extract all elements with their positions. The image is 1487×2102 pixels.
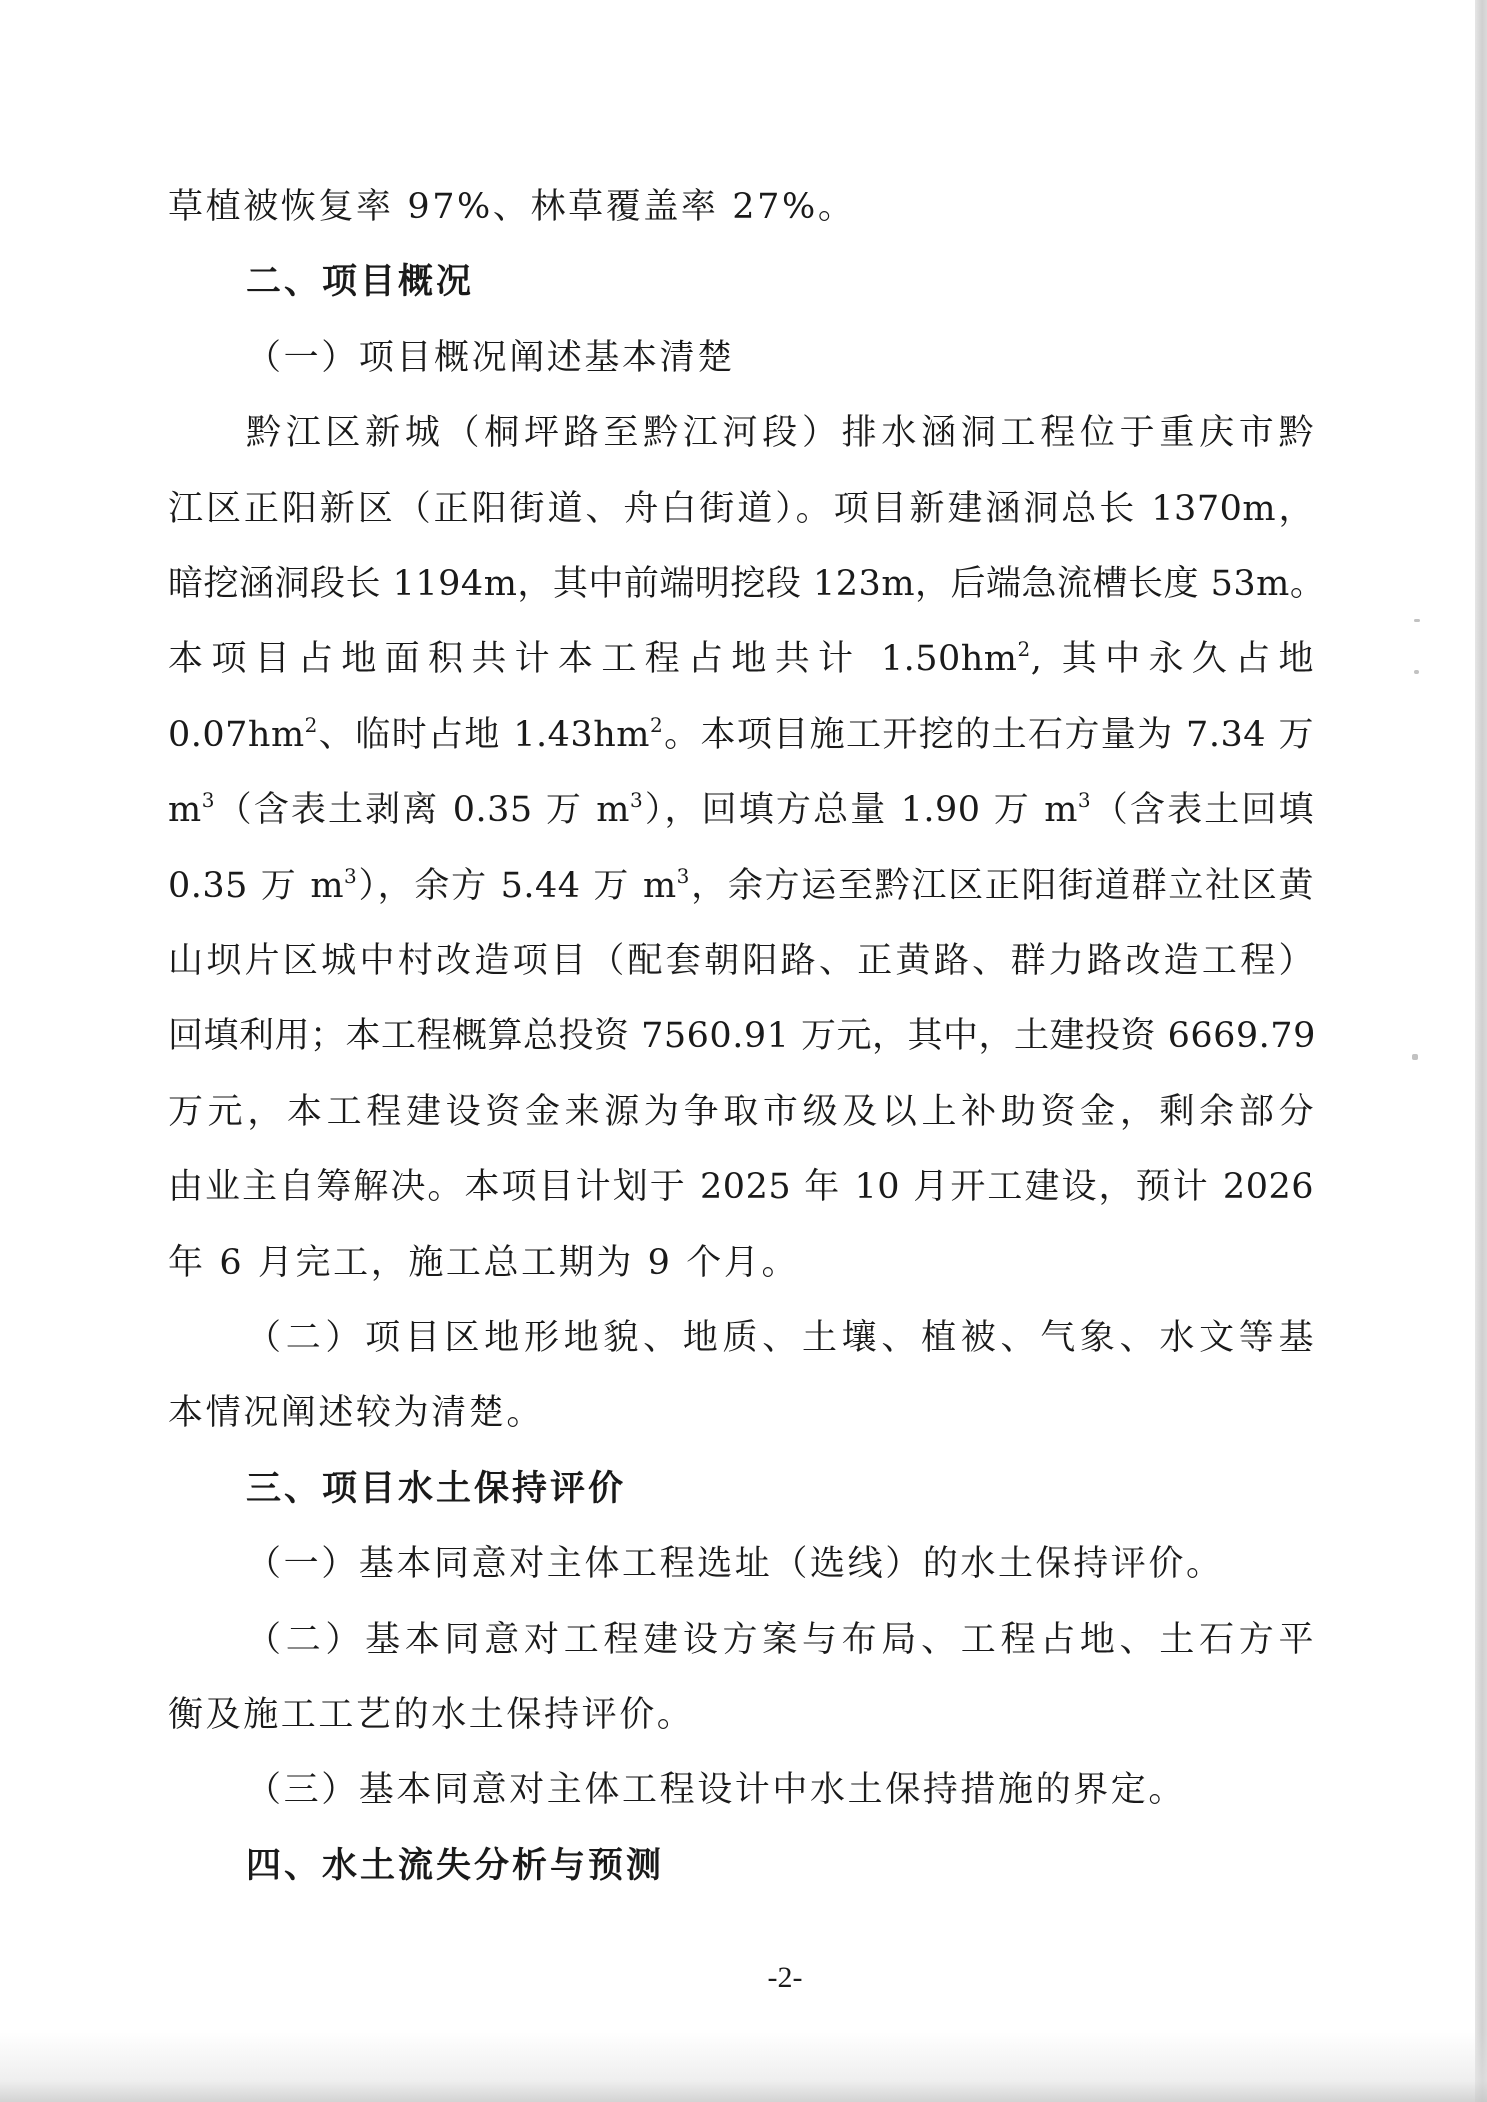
text-line: （一）基本同意对主体工程选址（选线）的水土保持评价。 — [246, 1539, 1314, 1589]
scan-speck — [1412, 1054, 1418, 1060]
text-line: 黔江区新城（桐坪路至黔江河段）排水涵洞工程位于重庆市黔 — [246, 408, 1314, 458]
text-line: （一）项目概况阐述基本清楚 — [246, 333, 1314, 383]
text-line: 本情况阐述较为清楚。 — [168, 1388, 1314, 1438]
text-line: m3（含表土剥离 0.35 万 m3），回填方总量 1.90 万 m3（含表土回… — [168, 785, 1314, 835]
text-line: 万元，本工程建设资金来源为争取市级及以上补助资金，剩余部分 — [168, 1087, 1314, 1137]
scan-speck — [1414, 670, 1419, 674]
text-line: 本项目占地面积共计本工程占地共计 1.50hm2, 其中永久占地 — [168, 634, 1314, 684]
text-line: 山坝片区城中村改造项目（配套朝阳路、正黄路、群力路改造工程） — [168, 936, 1314, 986]
scan-speck — [1414, 619, 1420, 622]
page-number: -2- — [735, 1958, 835, 1998]
text-line: 江区正阳新区（正阳街道、舟白街道）。项目新建涵洞总长 1370m， — [168, 484, 1314, 534]
text-line: 由业主自筹解决。本项目计划于 2025 年 10 月开工建设，预计 2026 — [168, 1162, 1314, 1212]
text-line: 0.35 万 m3），余方 5.44 万 m3，余方运至黔江区正阳街道群立社区黄 — [168, 861, 1314, 911]
section-heading: 二、项目概况 — [246, 257, 1314, 307]
section-heading: 四、水土流失分析与预测 — [246, 1841, 1314, 1891]
text-line: 回填利用；本工程概算总投资 7560.91 万元，其中，土建投资 6669.79 — [168, 1011, 1314, 1061]
text-line: 0.07hm2、临时占地 1.43hm2。本项目施工开挖的土石方量为 7.34 … — [168, 710, 1314, 760]
text-line: （二）基本同意对工程建设方案与布局、工程占地、土石方平 — [246, 1615, 1314, 1665]
document-page: 草植被恢复率 97%、林草覆盖率 27%。二、项目概况（一）项目概况阐述基本清楚… — [0, 0, 1487, 2102]
text-line: 草植被恢复率 97%、林草覆盖率 27%。 — [168, 182, 1314, 232]
text-line: 年 6 月完工，施工总工期为 9 个月。 — [168, 1238, 1314, 1288]
scan-edge-right — [1475, 0, 1487, 2102]
text-line: （二）项目区地形地貌、地质、土壤、植被、气象、水文等基 — [246, 1313, 1314, 1363]
scan-edge-bottom — [0, 2032, 1487, 2102]
text-line: 暗挖涵洞段长 1194m，其中前端明挖段 123m，后端急流槽长度 53m。 — [168, 559, 1314, 609]
section-heading: 三、项目水土保持评价 — [246, 1464, 1314, 1514]
text-line: 衡及施工工艺的水土保持评价。 — [168, 1690, 1314, 1740]
text-line: （三）基本同意对主体工程设计中水土保持措施的界定。 — [246, 1765, 1314, 1815]
